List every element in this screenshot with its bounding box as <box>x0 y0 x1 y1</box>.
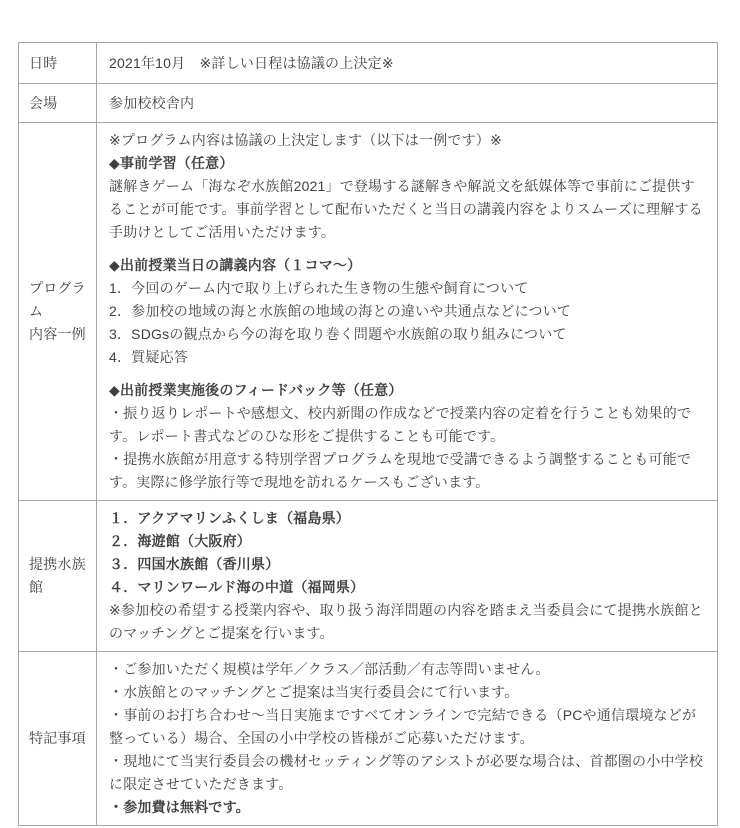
row-content-partner-aquariums: １．アクアマリンふくしま（福島県） ２．海遊館（大阪府） ３．四国水族館（香川県… <box>97 501 718 652</box>
row-label-text: 会場 <box>29 92 86 115</box>
table-row-special-notes: 特記事項 ・ご参加いただく規模は学年／クラス／部活動／有志等問いません。 ・水族… <box>19 652 718 826</box>
program-section-heading-pre-learning: ◆事前学習（任意） <box>109 152 705 175</box>
program-section-heading-lecture: ◆出前授業当日の講義内容（１コマ〜） <box>109 254 705 277</box>
special-note-2: ・水族館とのマッチングとご提案は当実行委員会にて行います。 <box>109 681 705 704</box>
table-row-partner-aquariums: 提携水族館 １．アクアマリンふくしま（福島県） ２．海遊館（大阪府） ３．四国水… <box>19 501 718 652</box>
program-pre-learning-description: 謎解きゲーム「海なぞ水族館2021」で登場する謎解きや解説文を紙媒体等で事前にご… <box>109 175 705 244</box>
special-note-3: ・事前のお打ち合わせ〜当日実施まですべてオンラインで完結できる（PCや通信環境な… <box>109 704 705 750</box>
special-note-1: ・ご参加いただく規模は学年／クラス／部活動／有志等問いません。 <box>109 658 705 681</box>
row-label-text: 提携水族館 <box>29 553 86 599</box>
special-note-free-of-charge: ・参加費は無料です。 <box>109 796 705 819</box>
row-label-text: 特記事項 <box>29 727 86 750</box>
row-content-datetime: 2021年10月 ※詳しい日程は協議の上決定※ <box>97 43 718 84</box>
datetime-value: 2021年10月 ※詳しい日程は協議の上決定※ <box>109 52 705 75</box>
row-content-venue: 参加校校舎内 <box>97 84 718 123</box>
program-lecture-item-4: 4．質疑応答 <box>109 346 705 369</box>
page: 日時 2021年10月 ※詳しい日程は協議の上決定※ 会場 参加校校舎内 プログ… <box>0 0 740 828</box>
special-note-4: ・現地にて当実行委員会の機材セッティング等のアシストが必要な場合は、首都圏の小中… <box>109 750 705 796</box>
row-label-partner-aquariums: 提携水族館 <box>19 501 97 652</box>
aquarium-item-2: ２．海遊館（大阪府） <box>109 530 705 553</box>
program-section-heading-feedback: ◆出前授業実施後のフィードバック等（任意） <box>109 379 705 402</box>
row-label-datetime: 日時 <box>19 43 97 84</box>
info-table: 日時 2021年10月 ※詳しい日程は協議の上決定※ 会場 参加校校舎内 プログ… <box>18 42 718 826</box>
program-feedback-item-1: ・振り返りレポートや感想文、校内新聞の作成などで授業内容の定着を行うことも効果的… <box>109 402 705 448</box>
row-content-special-notes: ・ご参加いただく規模は学年／クラス／部活動／有志等問いません。 ・水族館とのマッ… <box>97 652 718 826</box>
table-row-datetime: 日時 2021年10月 ※詳しい日程は協議の上決定※ <box>19 43 718 84</box>
program-feedback-item-2: ・提携水族館が用意する特別学習プログラムを現地で受講できるよう調整することも可能… <box>109 448 705 494</box>
row-label-special-notes: 特記事項 <box>19 652 97 826</box>
row-label-text: プログラム <box>29 277 86 323</box>
program-lecture-item-3: 3．SDGsの観点から今の海を取り巻く問題や水族館の取り組みについて <box>109 323 705 346</box>
aquarium-item-4: ４．マリンワールド海の中道（福岡県） <box>109 576 705 599</box>
row-label-venue: 会場 <box>19 84 97 123</box>
row-label-text-line2: 内容一例 <box>29 323 86 346</box>
row-content-program: ※プログラム内容は協議の上決定します（以下は一例です）※ ◆事前学習（任意） 謎… <box>97 123 718 501</box>
program-note: ※プログラム内容は協議の上決定します（以下は一例です）※ <box>109 129 705 152</box>
program-lecture-item-1: 1．今回のゲーム内で取り上げられた生き物の生態や飼育について <box>109 277 705 300</box>
row-label-program: プログラム 内容一例 <box>19 123 97 501</box>
table-row-venue: 会場 参加校校舎内 <box>19 84 718 123</box>
program-lecture-item-2: 2．参加校の地域の海と水族館の地域の海との違いや共通点などについて <box>109 300 705 323</box>
venue-value: 参加校校舎内 <box>109 92 705 115</box>
aquarium-item-1: １．アクアマリンふくしま（福島県） <box>109 507 705 530</box>
table-row-program: プログラム 内容一例 ※プログラム内容は協議の上決定します（以下は一例です）※ … <box>19 123 718 501</box>
row-label-text: 日時 <box>29 52 86 75</box>
aquarium-matching-note: ※参加校の希望する授業内容や、取り扱う海洋問題の内容を踏まえ当委員会にて提携水族… <box>109 599 705 645</box>
aquarium-item-3: ３．四国水族館（香川県） <box>109 553 705 576</box>
